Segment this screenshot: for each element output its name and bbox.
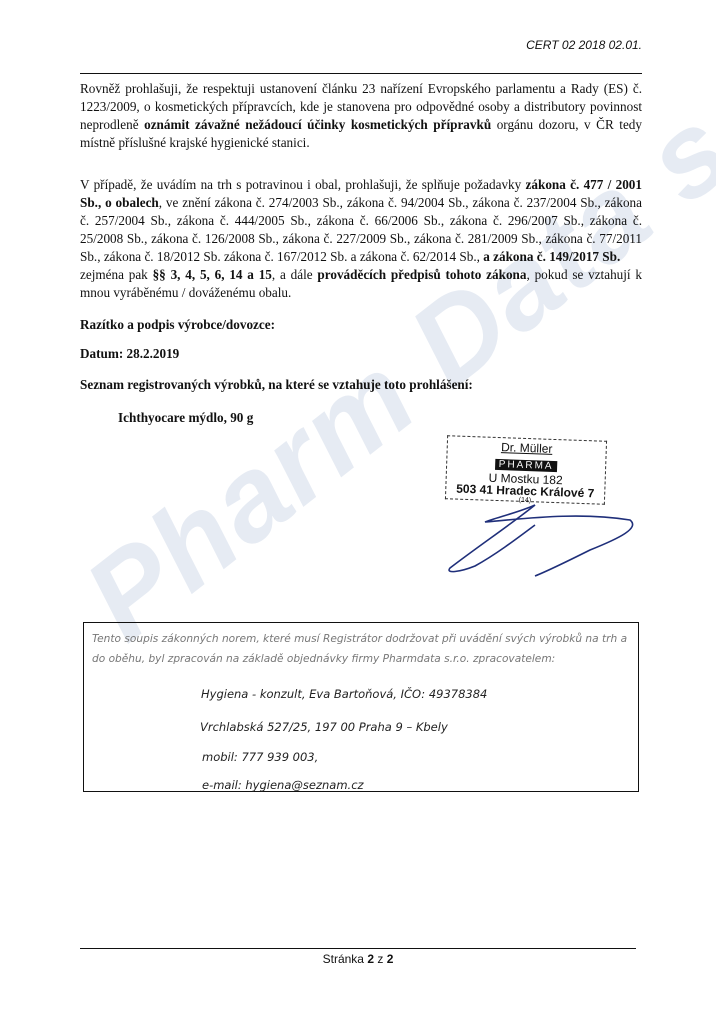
processor-address: Vrchlabská 527/25, 197 00 Praha 9 – Kbel… — [200, 720, 448, 734]
paragraph-text: V případě, že uvádím na trh s potravinou… — [80, 177, 526, 192]
processor-company: Hygiena - konzult, Eva Bartoňová, IČO: 4… — [201, 687, 487, 701]
document-code: CERT 02 2018 02.01. — [526, 38, 642, 52]
processor-info-box: Tento soupis zákonných norem, které musí… — [83, 622, 639, 792]
page-sep: z — [374, 952, 387, 966]
paragraph-bold: prováděcích předpisů tohoto zákona — [317, 267, 526, 282]
signature-icon — [440, 500, 650, 580]
company-stamp: Dr. Müller PHARMA U Mostku 182 503 41 Hr… — [445, 435, 607, 505]
footer-divider — [80, 948, 636, 949]
page-number: Stránka 2 z 2 — [0, 952, 716, 966]
stamp-badge: PHARMA — [495, 459, 558, 472]
products-list-label: Seznam registrovaných výrobků, na které … — [80, 377, 473, 393]
paragraph-text: zejména pak — [80, 267, 153, 282]
page-total: 2 — [387, 952, 394, 966]
processor-email: e-mail: hygiena@seznam.cz — [202, 778, 364, 792]
paragraph-cosmetics-regulation: Rovněž prohlašuji, že respektuji ustanov… — [80, 80, 642, 152]
paragraph-bold: §§ 3, 4, 5, 6, 14 a 15 — [153, 267, 272, 282]
page-current: 2 — [367, 952, 374, 966]
product-item: Ichthyocare mýdlo, 90 g — [118, 410, 253, 426]
info-box-intro: Tento soupis zákonných norem, které musí… — [92, 629, 632, 669]
stamp-signature-label: Razítko a podpis výrobce/dovozce: — [80, 317, 275, 333]
date-label: Datum: 28.2.2019 — [80, 346, 179, 362]
paragraph-text: , a dále — [272, 267, 318, 282]
paragraph-bold: a zákona č. 149/2017 Sb. — [483, 249, 620, 264]
paragraph-packaging-law: V případě, že uvádím na trh s potravinou… — [80, 176, 642, 302]
header-divider — [80, 73, 642, 74]
paragraph-bold: oznámit závažné nežádoucí účinky kosmeti… — [144, 117, 491, 132]
processor-mobile: mobil: 777 939 003, — [202, 750, 318, 764]
page-prefix: Stránka — [323, 952, 368, 966]
